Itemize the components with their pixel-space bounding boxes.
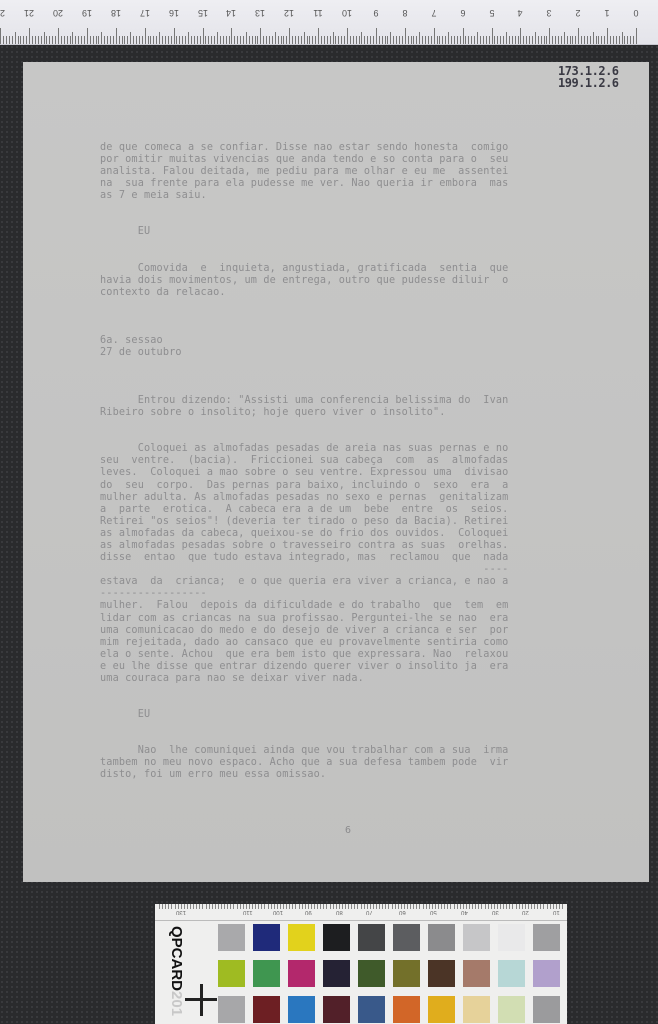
ruler-tick	[463, 28, 464, 44]
card-ruler-tick	[423, 904, 424, 909]
ruler-tick	[413, 36, 414, 44]
card-ruler-tick	[357, 904, 358, 909]
ruler-label: 7	[427, 8, 441, 18]
color-swatch	[253, 924, 280, 951]
color-swatch	[323, 960, 350, 987]
ruler-tick	[327, 36, 328, 44]
ruler-tick	[529, 36, 530, 44]
card-ruler-tick	[525, 904, 526, 909]
card-ruler-tick	[491, 904, 492, 909]
ruler-tick	[610, 36, 611, 44]
card-ruler-tick	[370, 904, 371, 909]
ruler-tick	[90, 36, 91, 44]
text-line: Coloquei as almofadas pesadas de areia n…	[100, 443, 585, 455]
ruler-label: 2	[571, 8, 585, 18]
card-ruler-tick	[522, 904, 523, 909]
card-ruler-tick	[354, 904, 355, 909]
color-swatch	[463, 924, 490, 951]
color-swatch	[358, 924, 385, 951]
ruler-tick	[382, 36, 383, 44]
card-ruler-tick	[320, 904, 321, 909]
ruler-tick	[182, 36, 183, 44]
ruler-tick	[252, 36, 253, 44]
brand-name: QPCARD	[168, 926, 185, 991]
card-ruler-tick	[481, 904, 482, 909]
ruler-tick	[159, 32, 160, 44]
ruler-tick	[231, 28, 232, 44]
ruler-tick	[341, 36, 342, 44]
ruler-tick	[468, 36, 469, 44]
ruler-tick	[110, 36, 111, 44]
ruler-tick	[46, 36, 47, 44]
ruler-tick	[41, 36, 42, 44]
card-ruler-tick	[193, 904, 194, 909]
ruler-tick	[541, 36, 542, 44]
ruler-tick	[402, 36, 403, 44]
ruler-tick	[165, 36, 166, 44]
card-ruler-tick	[485, 904, 486, 909]
card-ruler-tick	[345, 904, 346, 909]
ruler-tick	[477, 32, 478, 44]
ruler-tick	[226, 36, 227, 44]
text-line: Entrou dizendo: "Assisti uma conferencia…	[100, 395, 585, 407]
ruler-tick	[269, 36, 270, 44]
card-ruler-tick	[419, 904, 420, 909]
ruler-tick	[197, 36, 198, 44]
ruler-tick	[203, 28, 204, 44]
card-ruler-tick	[444, 904, 445, 909]
brand-year: 201	[168, 991, 185, 1016]
ruler-tick	[411, 36, 412, 44]
ruler-label: 16	[167, 8, 181, 18]
ruler-tick	[6, 36, 7, 44]
ruler-label: 3	[542, 8, 556, 18]
card-ruler-tick	[252, 904, 253, 909]
ruler-tick	[347, 28, 348, 44]
ruler-tick	[451, 36, 452, 44]
card-ruler-tick	[286, 904, 287, 909]
ruler-tick	[70, 36, 71, 44]
text-line: 6a. sessao	[100, 335, 585, 347]
ruler-tick	[503, 36, 504, 44]
card-ruler-tick	[333, 904, 334, 909]
text-line: uma couraca para nao se deixar viver nad…	[100, 673, 585, 685]
ruler-tick	[480, 36, 481, 44]
card-ruler-tick	[416, 904, 417, 909]
ruler-tick	[518, 36, 519, 44]
ruler-tick	[616, 36, 617, 44]
ruler-tick	[220, 36, 221, 44]
text-line: EU	[100, 226, 585, 238]
paragraph: de que comeca a se confiar. Disse nao es…	[100, 142, 585, 202]
color-swatch	[533, 924, 560, 951]
ruler-tick	[9, 36, 10, 44]
ruler-tick	[344, 36, 345, 44]
ruler-tick	[448, 32, 449, 44]
ruler-tick	[55, 36, 56, 44]
text-line: tambem no meu novo espaco. Acho que a su…	[100, 757, 585, 769]
ruler-tick	[523, 36, 524, 44]
card-ruler-tick	[385, 904, 386, 909]
text-line: Retirei "os seios"! (deveria ter tirado …	[100, 516, 585, 528]
card-ruler-tick	[218, 904, 219, 909]
ruler-tick	[416, 36, 417, 44]
card-ruler-tick	[534, 904, 535, 909]
ruler-tick	[174, 28, 175, 44]
ruler-tick	[205, 36, 206, 44]
text-line: disse entao que tudo estava integrado, m…	[100, 552, 585, 564]
text-line: Ribeiro sobre o insolito; hoje quero viv…	[100, 407, 585, 419]
color-swatch	[253, 996, 280, 1023]
ruler-tick	[133, 36, 134, 44]
card-ruler-tick	[494, 904, 495, 909]
card-ruler-tick	[454, 904, 455, 909]
card-ruler-tick	[438, 904, 439, 909]
ruler-tick	[572, 36, 573, 44]
ruler-tick	[330, 36, 331, 44]
card-ruler-tick	[289, 904, 290, 909]
ruler-label: 17	[138, 8, 152, 18]
ruler-tick	[139, 36, 140, 44]
ruler-label: 14	[224, 8, 238, 18]
text-line: leves. Coloquei a mao sobre o seu ventre…	[100, 467, 585, 479]
card-ruler-tick	[317, 904, 318, 909]
ruler-tick	[26, 36, 27, 44]
card-ruler-tick	[447, 904, 448, 909]
ruler-tick	[500, 36, 501, 44]
card-ruler-label: 70	[366, 909, 373, 915]
ruler-tick	[601, 36, 602, 44]
card-ruler-label: 100	[273, 909, 283, 915]
ruler-tick	[243, 36, 244, 44]
ruler-tick	[630, 36, 631, 44]
color-swatch	[533, 960, 560, 987]
card-ruler-tick	[559, 904, 560, 909]
card-ruler-tick	[237, 904, 238, 909]
ruler-label: 19	[80, 8, 94, 18]
card-ruler-tick	[348, 904, 349, 909]
card-ruler-tick	[305, 904, 306, 909]
ruler-tick	[162, 36, 163, 44]
ruler-tick	[437, 36, 438, 44]
ruler-tick	[399, 36, 400, 44]
card-ruler-tick	[336, 904, 337, 909]
ruler-tick	[526, 36, 527, 44]
session-header: 6a. sessao27 de outubro	[100, 335, 585, 359]
ruler-tick	[546, 36, 547, 44]
card-ruler-label: 10	[553, 909, 560, 915]
top-measuring-ruler: 012345678910111213141516171819202122	[0, 0, 658, 45]
ruler-tick	[278, 36, 279, 44]
ruler-tick	[304, 32, 305, 44]
color-swatch	[498, 924, 525, 951]
card-ruler-tick	[209, 904, 210, 909]
card-ruler-tick	[215, 904, 216, 909]
card-ruler-tick	[351, 904, 352, 909]
ruler-tick	[561, 36, 562, 44]
ruler-tick	[72, 32, 73, 44]
card-ruler-label: 60	[399, 909, 406, 915]
card-ruler-tick	[373, 904, 374, 909]
page-number: 6	[345, 825, 351, 836]
color-swatch	[323, 924, 350, 951]
ruler-tick	[58, 28, 59, 44]
ruler-label: 22	[0, 8, 7, 18]
archive-reference-numbers: 173.1.2.6 199.1.2.6	[558, 65, 619, 89]
ruler-tick	[333, 32, 334, 44]
ruler-tick	[283, 36, 284, 44]
ruler-tick	[564, 32, 565, 44]
ruler-tick	[107, 36, 108, 44]
text-line: seu ventre. (bacia). Friccionei sua cabe…	[100, 455, 585, 467]
ruler-label: 13	[253, 8, 267, 18]
ruler-tick	[49, 36, 50, 44]
card-ruler-tick	[435, 904, 436, 909]
card-ruler-tick	[323, 904, 324, 909]
card-ruler-tick	[472, 904, 473, 909]
ruler-tick	[12, 36, 13, 44]
text-line: EU	[100, 709, 585, 721]
card-ruler-tick	[168, 904, 169, 909]
ruler-tick	[307, 36, 308, 44]
ruler-tick	[497, 36, 498, 44]
ruler-label: 10	[340, 8, 354, 18]
card-ruler-tick	[361, 904, 362, 909]
color-swatch	[428, 960, 455, 987]
card-ruler-tick	[407, 904, 408, 909]
ruler-tick	[590, 36, 591, 44]
card-ruler-tick	[553, 904, 554, 909]
ruler-tick	[246, 32, 247, 44]
ruler-tick	[223, 36, 224, 44]
card-ruler-tick	[556, 904, 557, 909]
card-ruler-tick	[206, 904, 207, 909]
ruler-tick	[156, 36, 157, 44]
ruler-tick	[78, 36, 79, 44]
card-ruler-label: 80	[336, 909, 343, 915]
ruler-tick	[549, 28, 550, 44]
card-ruler-tick	[550, 904, 551, 909]
card-ruler-tick	[295, 904, 296, 909]
card-ruler-tick	[457, 904, 458, 909]
card-ruler-tick	[178, 904, 179, 909]
ruler-tick	[234, 36, 235, 44]
ruler-tick	[544, 36, 545, 44]
section-heading: EU	[100, 709, 585, 721]
ruler-tick	[98, 36, 99, 44]
text-line: disto, foi um erro meu essa omissao.	[100, 769, 585, 781]
ruler-tick	[379, 36, 380, 44]
text-line: mulher. Falou depois da dificuldade e do…	[100, 600, 585, 612]
ruler-tick	[142, 36, 143, 44]
card-ruler-tick	[392, 904, 393, 909]
typewritten-body: de que comeca a se confiar. Disse nao es…	[100, 142, 585, 781]
paragraph: Coloquei as almofadas pesadas de areia n…	[100, 443, 585, 685]
ruler-tick	[460, 36, 461, 44]
card-ruler-tick	[302, 904, 303, 909]
ruler-tick	[492, 28, 493, 44]
card-ruler-tick	[512, 904, 513, 909]
ruler-tick	[359, 36, 360, 44]
ruler-tick	[457, 36, 458, 44]
ruler-tick	[515, 36, 516, 44]
card-ruler-tick	[246, 904, 247, 909]
ruler-tick	[150, 36, 151, 44]
ruler-tick	[286, 36, 287, 44]
card-ruler-tick	[395, 904, 396, 909]
card-ruler-tick	[233, 904, 234, 909]
ruler-tick	[23, 36, 24, 44]
ruler-tick	[633, 36, 634, 44]
text-line: havia dois movimentos, um de entrega, ou…	[100, 275, 585, 287]
card-ruler-tick	[283, 904, 284, 909]
card-ruler-tick	[528, 904, 529, 909]
card-ruler-tick	[388, 904, 389, 909]
ruler-tick	[122, 36, 123, 44]
card-ruler-tick	[547, 904, 548, 909]
ruler-tick	[422, 36, 423, 44]
ruler-tick	[552, 36, 553, 44]
color-swatch	[393, 924, 420, 951]
card-ruler-tick	[314, 904, 315, 909]
ruler-tick	[538, 36, 539, 44]
card-ruler-tick	[441, 904, 442, 909]
document-page: 173.1.2.6 199.1.2.6 de que comeca a se c…	[23, 62, 649, 882]
text-line: 27 de outubro	[100, 347, 585, 359]
ruler-tick	[419, 32, 420, 44]
card-ruler-tick	[171, 904, 172, 909]
ruler-tick	[116, 28, 117, 44]
ruler-tick	[214, 36, 215, 44]
card-ruler-tick	[543, 904, 544, 909]
card-ruler-tick	[202, 904, 203, 909]
ruler-tick	[338, 36, 339, 44]
card-ruler-label: 40	[461, 909, 468, 915]
ruler-tick	[454, 36, 455, 44]
card-ruler-tick	[264, 904, 265, 909]
ruler-tick	[428, 36, 429, 44]
card-ruler-label: 90	[305, 909, 312, 915]
ruler-tick	[237, 36, 238, 44]
ruler-tick	[29, 28, 30, 44]
card-ruler-tick	[376, 904, 377, 909]
color-swatch	[358, 960, 385, 987]
crosshair-icon	[185, 984, 217, 1016]
card-ruler-tick	[243, 904, 244, 909]
card-ruler-tick	[537, 904, 538, 909]
ruler-tick	[584, 36, 585, 44]
ruler-label: 8	[398, 8, 412, 18]
text-line: ela o sente. Achou que era bem isto que …	[100, 649, 585, 661]
card-ruler-tick	[159, 904, 160, 909]
ruler-tick	[356, 36, 357, 44]
card-ruler-tick	[277, 904, 278, 909]
text-line: as 7 e meia saiu.	[100, 190, 585, 202]
card-ruler-label: 130	[176, 909, 186, 915]
ruler-tick	[370, 36, 371, 44]
ruler-label: 21	[22, 8, 36, 18]
ruler-tick	[272, 36, 273, 44]
text-line: as almofadas da cabeca, queixou-se do fr…	[100, 528, 585, 540]
ruler-tick	[130, 32, 131, 44]
ruler-tick	[0, 28, 1, 44]
ruler-tick	[38, 36, 39, 44]
card-ruler-tick	[497, 904, 498, 909]
text-line: e eu lhe disse que entrar dizendo querer…	[100, 661, 585, 673]
card-ruler-tick	[469, 904, 470, 909]
card-ruler-tick	[292, 904, 293, 909]
text-line: as almofadas pesadas sobre o travesseiro…	[100, 540, 585, 552]
card-ruler-tick	[240, 904, 241, 909]
ruler-label: 1	[600, 8, 614, 18]
card-ruler-tick	[519, 904, 520, 909]
text-line: a parte erotica. A cabeca era a de um be…	[100, 504, 585, 516]
card-ruler-tick	[503, 904, 504, 909]
card-ruler-tick	[379, 904, 380, 909]
ruler-tick	[240, 36, 241, 44]
ruler-tick	[93, 36, 94, 44]
ruler-tick	[405, 28, 406, 44]
card-ruler-tick	[478, 904, 479, 909]
color-swatch	[288, 996, 315, 1023]
ruler-tick	[324, 36, 325, 44]
ruler-tick	[361, 32, 362, 44]
ruler-tick	[396, 36, 397, 44]
color-swatch	[428, 996, 455, 1023]
ruler-tick	[393, 36, 394, 44]
reference-number-2: 199.1.2.6	[558, 77, 619, 89]
card-ruler-tick	[516, 904, 517, 909]
ruler-tick	[229, 36, 230, 44]
card-ruler-tick	[326, 904, 327, 909]
card-ruler-tick	[212, 904, 213, 909]
text-line: analista. Falou deitada, me pediu para m…	[100, 166, 585, 178]
ruler-tick	[179, 36, 180, 44]
ruler-tick	[321, 36, 322, 44]
card-ruler-tick	[271, 904, 272, 909]
ruler-tick	[619, 36, 620, 44]
ruler-tick	[439, 36, 440, 44]
ruler-tick	[607, 28, 608, 44]
text-line: de que comeca a se confiar. Disse nao es…	[100, 142, 585, 154]
card-ruler-tick	[175, 904, 176, 909]
card-ruler-label: 20	[522, 909, 529, 915]
ruler-tick	[593, 32, 594, 44]
ruler-tick	[445, 36, 446, 44]
ruler-tick	[509, 36, 510, 44]
card-ruler-tick	[221, 904, 222, 909]
ruler-tick	[136, 36, 137, 44]
ruler-tick	[315, 36, 316, 44]
ruler-label: 20	[51, 8, 65, 18]
card-ruler-tick	[500, 904, 501, 909]
ruler-label: 5	[485, 8, 499, 18]
card-ruler-tick	[249, 904, 250, 909]
card-ruler-tick	[342, 904, 343, 909]
ruler-tick	[408, 36, 409, 44]
color-swatch	[288, 960, 315, 987]
ruler-tick	[587, 36, 588, 44]
text-line: uma comunicacao do medo e do desejo de v…	[100, 625, 585, 637]
color-swatch	[218, 996, 245, 1023]
card-ruler-tick	[466, 904, 467, 909]
color-swatch	[358, 996, 385, 1023]
card-ruler-tick	[261, 904, 262, 909]
ruler-tick	[627, 36, 628, 44]
color-swatch	[463, 960, 490, 987]
card-ruler-tick	[382, 904, 383, 909]
card-ruler-tick	[181, 904, 182, 909]
